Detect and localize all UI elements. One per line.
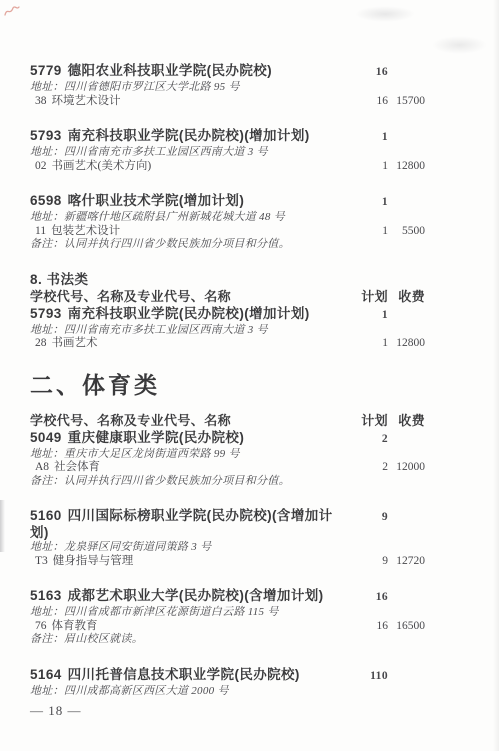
major-plan-count: 1 (342, 225, 388, 239)
school-code: 5163 (30, 588, 62, 603)
school-address: 地址：龙泉驿区同安街道同策路 3 号 (30, 541, 425, 555)
major-plan-count: 1 (342, 160, 388, 174)
school-title-row: 5793南充科技职业学院(民办院校)(增加计划)1 (30, 305, 425, 324)
red-pen-mark-icon (3, 4, 21, 18)
school-title: 5049重庆健康职业学院(民办院校) (30, 429, 342, 446)
major-row: 02书画艺术(美术方向)112800 (30, 160, 425, 174)
school-entry: 5163成都艺术职业大学(民办院校)(含增加计划)16地址：四川省成都市新津区花… (30, 587, 425, 647)
document-content: 5779德阳农业科技职业学院(民办院校)16地址：四川省德阳市罗江区大学北路 9… (30, 62, 425, 717)
school-name: 四川国际标榜职业学院(民办院校)(含增加计划) (30, 508, 333, 540)
entry-note: 备注：认同并执行四川省少数民族加分项目和分值。 (30, 475, 425, 489)
major-plan-count: 16 (342, 95, 388, 109)
school-title-row: 5793南充科技职业学院(民办院校)(增加计划)1 (30, 127, 425, 146)
school-title-row: 5160四川国际标榜职业学院(民办院校)(含增加计划)9 (30, 507, 425, 541)
major-title: T3健身指导与管理 (30, 555, 342, 569)
school-code: 5779 (30, 63, 62, 78)
column-header-row: 学校代号、名称及专业代号、名称计划收费 (30, 288, 425, 305)
major-row: T3健身指导与管理912720 (30, 555, 425, 569)
school-plan-count: 1 (342, 307, 388, 324)
major-code: 38 (35, 95, 47, 107)
school-entry: 5793南充科技职业学院(民办院校)(增加计划)1地址：四川省南充市多扶工业园区… (30, 127, 425, 173)
subsection-heading: 8. 书法类 (30, 271, 425, 288)
major-fee: 16500 (388, 620, 425, 634)
school-title-row: 5164四川托普信息技术职业学院(民办院校)110 (30, 666, 425, 685)
major-title: A8社会体育 (30, 461, 342, 475)
major-row: 11包装艺术设计15500 (30, 225, 425, 239)
major-row: A8社会体育212000 (30, 461, 425, 475)
school-code: 5160 (30, 508, 62, 523)
major-row: 28书画艺术112800 (30, 337, 425, 351)
school-plan-count: 110 (342, 668, 388, 685)
scan-edge-shadow (493, 0, 499, 751)
major-code: 76 (35, 620, 47, 632)
major-code: 28 (35, 337, 47, 349)
column-header-row: 学校代号、名称及专业代号、名称计划收费 (30, 412, 425, 429)
school-name: 德阳农业科技职业学院(民办院校) (68, 63, 272, 78)
school-title: 6598喀什职业技术学院(增加计划) (30, 192, 342, 209)
major-code: 02 (35, 160, 47, 172)
major-name: 社会体育 (54, 461, 100, 473)
major-plan-count: 16 (342, 620, 388, 634)
school-entry: 5049重庆健康职业学院(民办院校)2地址：重庆市大足区龙岗街道西荣路 99 号… (30, 429, 425, 489)
school-entry: 5160四川国际标榜职业学院(民办院校)(含增加计划)9地址：龙泉驿区同安街道同… (30, 507, 425, 568)
school-entry: 6598喀什职业技术学院(增加计划)1地址：新疆喀什地区疏附县广州新城花城大道 … (30, 192, 425, 252)
column-header-name: 学校代号、名称及专业代号、名称 (30, 288, 342, 305)
major-fee: 12800 (388, 337, 425, 351)
column-header-fee: 收费 (388, 412, 425, 429)
school-code: 5164 (30, 667, 62, 682)
major-fee: 5500 (388, 225, 425, 239)
column-header-plan: 计划 (342, 288, 388, 305)
major-plan-count: 1 (342, 337, 388, 351)
school-name: 南充科技职业学院(民办院校)(增加计划) (68, 306, 310, 321)
major-title: 02书画艺术(美术方向) (30, 160, 342, 174)
school-plan-count: 2 (342, 431, 388, 448)
school-address: 地址：四川成都高新区西区大道 2000 号 (30, 685, 425, 699)
school-title-row: 5779德阳农业科技职业学院(民办院校)16 (30, 62, 425, 81)
school-address: 地址：四川省南充市多扶工业园区西南大道 3 号 (30, 146, 425, 160)
major-code: 11 (35, 225, 46, 237)
column-header-fee: 收费 (388, 288, 425, 305)
school-name: 重庆健康职业学院(民办院校) (68, 430, 245, 445)
school-title: 5793南充科技职业学院(民办院校)(增加计划) (30, 305, 342, 322)
major-name: 书画艺术(美术方向) (52, 160, 152, 172)
school-name: 四川托普信息技术职业学院(民办院校) (68, 667, 300, 682)
school-title-row: 6598喀什职业技术学院(增加计划)1 (30, 192, 425, 211)
school-plan-count: 16 (342, 589, 388, 606)
school-plan-count: 9 (342, 509, 388, 526)
major-code: A8 (35, 461, 49, 473)
school-title: 5164四川托普信息技术职业学院(民办院校) (30, 666, 342, 683)
school-name: 南充科技职业学院(民办院校)(增加计划) (68, 128, 310, 143)
school-code: 5049 (30, 430, 62, 445)
school-name: 喀什职业技术学院(增加计划) (68, 193, 245, 208)
major-title: 11包装艺术设计 (30, 225, 342, 239)
major-name: 环境艺术设计 (52, 95, 121, 107)
school-code: 5793 (30, 306, 62, 321)
school-plan-count: 16 (342, 64, 388, 81)
school-address: 地址：重庆市大足区龙岗街道西荣路 99 号 (30, 448, 425, 462)
school-plan-count: 1 (342, 194, 388, 211)
scan-edge-artifact (0, 500, 5, 552)
major-fee: 15700 (388, 95, 425, 109)
section-heading: 二、体育类 (30, 370, 425, 400)
school-title-row: 5163成都艺术职业大学(民办院校)(含增加计划)16 (30, 587, 425, 606)
scan-smudge (432, 36, 487, 54)
major-title: 76体育教育 (30, 620, 342, 634)
school-entry: 5793南充科技职业学院(民办院校)(增加计划)1地址：四川省南充市多扶工业园区… (30, 305, 425, 351)
major-code: T3 (35, 555, 48, 567)
school-title: 5779德阳农业科技职业学院(民办院校) (30, 62, 342, 79)
school-name: 成都艺术职业大学(民办院校)(含增加计划) (68, 588, 324, 603)
school-title: 5160四川国际标榜职业学院(民办院校)(含增加计划) (30, 507, 342, 541)
school-entry: 5779德阳农业科技职业学院(民办院校)16地址：四川省德阳市罗江区大学北路 9… (30, 62, 425, 108)
entry-note: 备注：眉山校区就读。 (30, 633, 425, 647)
school-title: 5793南充科技职业学院(民办院校)(增加计划) (30, 127, 342, 144)
column-header-name: 学校代号、名称及专业代号、名称 (30, 412, 342, 429)
major-fee: 12720 (388, 555, 425, 569)
major-title: 38环境艺术设计 (30, 95, 342, 109)
scan-smudge (355, 6, 415, 22)
entry-note: 备注：认同并执行四川省少数民族加分项目和分值。 (30, 238, 425, 252)
page-number: — 18 — (30, 703, 82, 719)
major-row: 76体育教育1616500 (30, 620, 425, 634)
school-plan-count: 1 (342, 129, 388, 146)
major-fee: 12800 (388, 160, 425, 174)
school-title: 5163成都艺术职业大学(民办院校)(含增加计划) (30, 587, 342, 604)
school-address: 地址：四川省成都市新津区花源街道白云路 115 号 (30, 606, 425, 620)
major-name: 书画艺术 (52, 337, 98, 349)
major-name: 健身指导与管理 (53, 555, 134, 567)
major-plan-count: 2 (342, 461, 388, 475)
school-address: 地址：四川省南充市多扶工业园区西南大道 3 号 (30, 324, 425, 338)
scanned-document-page: 5779德阳农业科技职业学院(民办院校)16地址：四川省德阳市罗江区大学北路 9… (0, 0, 499, 751)
major-name: 包装艺术设计 (51, 225, 120, 237)
major-row: 38环境艺术设计1615700 (30, 95, 425, 109)
major-fee: 12000 (388, 461, 425, 475)
school-address: 地址：四川省德阳市罗江区大学北路 95 号 (30, 81, 425, 95)
major-plan-count: 9 (342, 555, 388, 569)
column-header-plan: 计划 (342, 412, 388, 429)
major-title: 28书画艺术 (30, 337, 342, 351)
school-title-row: 5049重庆健康职业学院(民办院校)2 (30, 429, 425, 448)
school-address: 地址：新疆喀什地区疏附县广州新城花城大道 48 号 (30, 211, 425, 225)
school-code: 5793 (30, 128, 62, 143)
major-name: 体育教育 (52, 620, 98, 632)
school-entry: 5164四川托普信息技术职业学院(民办院校)110地址：四川成都高新区西区大道 … (30, 666, 425, 699)
school-code: 6598 (30, 193, 62, 208)
